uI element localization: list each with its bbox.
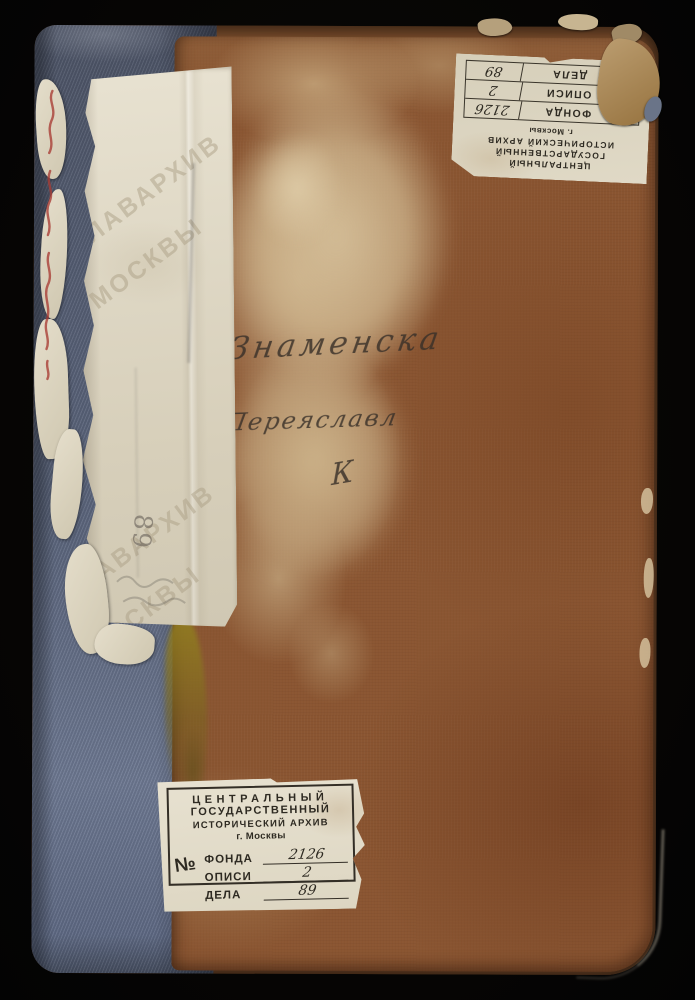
cover-handwriting-line3: К	[331, 454, 353, 492]
stamp-field-row: ДЕЛА 89	[201, 883, 350, 902]
spine-paper-label: ГЛАВАРХИВ МОСКВЫ ГЛАВАРХИВ МОСКВЫ 89	[76, 67, 238, 629]
stamp-field-label: ОПИСИ	[201, 871, 265, 884]
worn-paper-patch	[252, 133, 342, 243]
archive-stamp-bottom: ЦЕНТРАЛЬНЫЙ ГОСУДАРСТВЕННЫЙ ИСТОРИЧЕСКИЙ…	[157, 776, 366, 913]
stamp-field-label: ФОНДА	[200, 853, 264, 866]
faint-scribble	[109, 563, 200, 620]
stamp-number-sign: №	[173, 854, 201, 905]
stamp-field-value: 2126	[263, 847, 350, 865]
edge-chip	[639, 638, 650, 668]
stamp-org-block: ЦЕНТРАЛЬНЫЙ ГОСУДАРСТВЕННЫЙ ИСТОРИЧЕСКИЙ…	[451, 121, 649, 184]
stamp-field-row: ФОНДА 2126	[200, 847, 349, 866]
photo-background: Знаменска Переяславл К ГЛАВАРХИВ МОСКВЫ …	[0, 0, 695, 1000]
stamp-field-label: ДЕЛА	[201, 889, 265, 902]
stamp-border-box: ЦЕНТРАЛЬНЫЙ ГОСУДАРСТВЕННЫЙ ИСТОРИЧЕСКИЙ…	[166, 784, 355, 886]
book-cover: Знаменска Переяславл К ГЛАВАРХИВ МОСКВЫ …	[31, 25, 658, 975]
edge-chip	[644, 558, 654, 598]
smudge-streak	[187, 163, 195, 363]
red-handwriting-fragment	[37, 85, 64, 385]
worn-edge-highlight	[576, 827, 664, 982]
pencil-note: 89	[127, 513, 159, 551]
stamp-field-value: 2	[464, 80, 523, 100]
stamp-field-value: 89	[264, 883, 351, 901]
stamp-field-row: ОПИСИ 2	[201, 865, 350, 884]
worn-paper-patch	[209, 337, 415, 588]
stamp-field-value: 2	[263, 865, 350, 883]
stamp-field-value: 89	[465, 61, 524, 81]
watermark-text: ГЛАВАРХИВ	[76, 129, 228, 259]
edge-chip	[641, 488, 653, 514]
stamp-field-value: 2126	[463, 99, 522, 119]
cover-handwriting-line2: Переяславл	[223, 403, 401, 437]
